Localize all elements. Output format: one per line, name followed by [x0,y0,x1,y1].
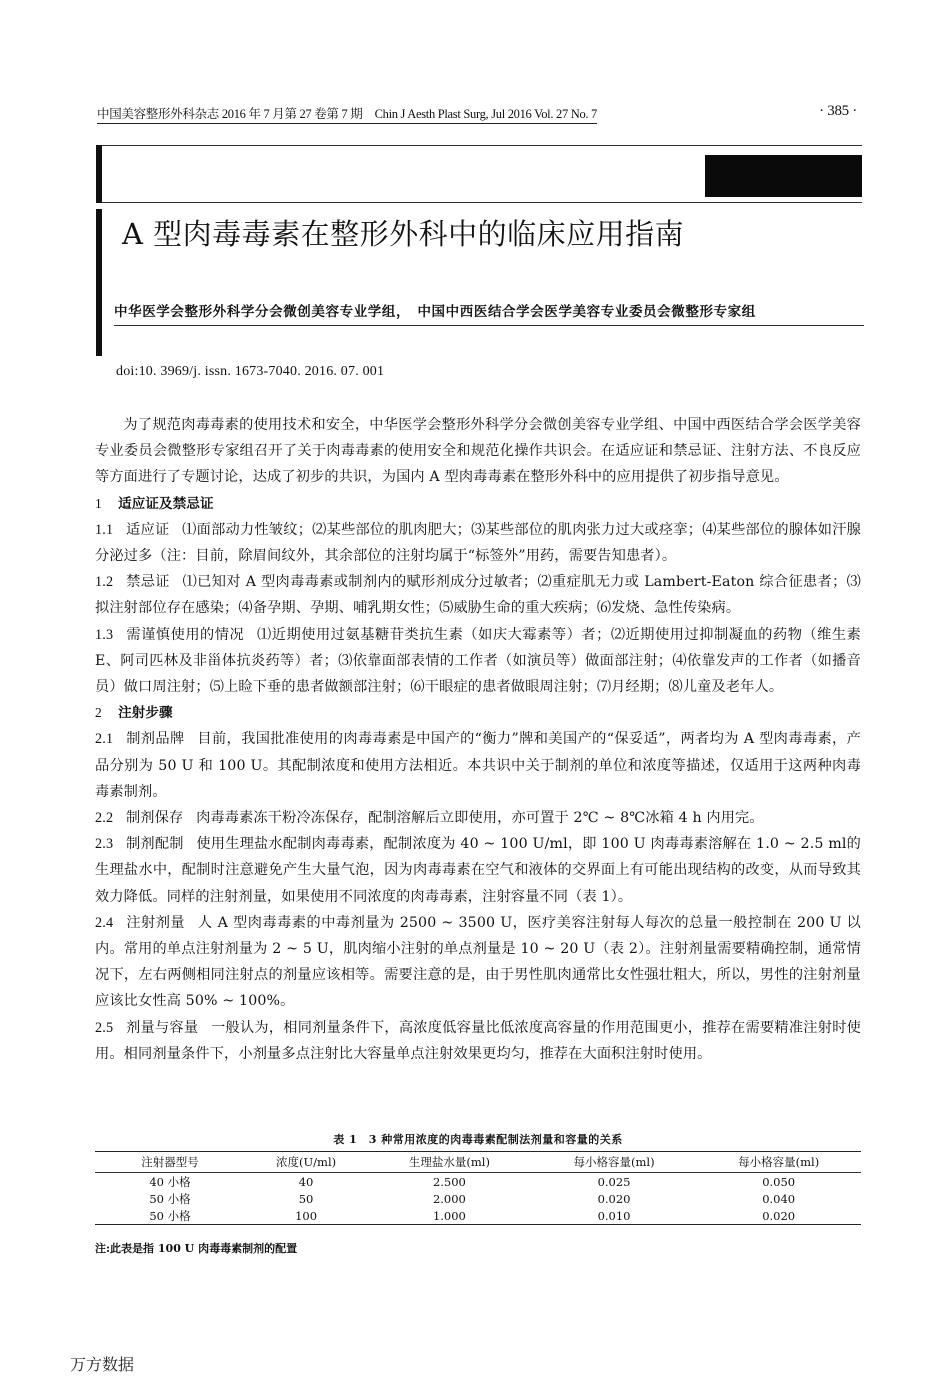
subsection-number: 2.3 [95,836,113,852]
article-body: 为了规范肉毒毒素的使用技术和安全，中华医学会整形外科学分会微创美容专业学组、中国… [95,412,861,1067]
decorative-bar-top [96,145,102,203]
table-cell: 40 [245,1173,367,1191]
column-header: 浓度(U/ml) [245,1152,367,1173]
table-cell: 50 [245,1190,367,1207]
table-cell: 100 [245,1207,367,1225]
table-caption: 表 1 3 种常用浓度的肉毒毒素配制法剂量和容量的关系 [95,1131,861,1147]
subsection-1-2: 1.2禁忌证⑴已知对 A 型肉毒毒素或制剂内的赋形剂成分过敏者；⑵重症肌无力或 … [95,569,861,621]
subsection-number: 1.1 [95,522,113,538]
subsection-number: 2.4 [95,915,113,931]
table-cell: 50 小格 [95,1207,245,1225]
table-cell: 2.500 [367,1173,532,1191]
table-cell: 50 小格 [95,1190,245,1207]
subsection-number: 1.3 [95,627,113,643]
table-cell: 0.010 [532,1207,697,1225]
table-row: 50 小格 100 1.000 0.010 0.020 [95,1207,861,1225]
redacted-black-box [705,155,862,197]
title-rule [96,202,862,203]
subsection-number: 2.5 [95,1020,113,1036]
table-cell: 2.000 [367,1190,532,1207]
table-note: 注:此表是指 100 U 肉毒毒素制剂的配置 [95,1240,297,1256]
subsection-2-5: 2.5剂量与容量一般认为，相同剂量条件下，高浓度低容量比低浓度高容量的作用范围更… [95,1015,861,1067]
subsection-2-3: 2.3制剂配制使用生理盐水配制肉毒毒素，配制浓度为 40 ~ 100 U/ml，… [95,831,861,910]
subsection-text: 人 A 型肉毒毒素的中毒剂量为 2500 ~ 3500 U，医疗美容注射每人每次… [95,915,861,1010]
subsection-number: 2.2 [95,810,113,826]
table-row: 50 小格 50 2.000 0.020 0.040 [95,1190,861,1207]
decorative-bar-side [96,209,102,356]
section-title: 注射步骤 [118,705,173,721]
subsection-2-4: 2.4注射剂量人 A 型肉毒毒素的中毒剂量为 2500 ~ 3500 U，医疗美… [95,910,861,1015]
section-number: 2 [95,705,102,720]
running-header: 中国美容整形外科杂志 2016 年 7 月第 27 卷第 7 期 Chin J … [97,104,857,126]
top-rule [96,145,862,146]
section-number: 1 [95,496,102,511]
column-header: 注射器型号 [95,1152,245,1173]
subsection-text: 目前，我国批准使用的肉毒毒素是中国产的“衡力”牌和美国产的“保妥适”，两者均为 … [95,731,861,799]
subsection-text: 肉毒毒素冻干粉冷冻保存，配制溶解后立即使用，亦可置于 2℃ ~ 8℃冰箱 4 h… [196,810,764,826]
table-cell: 40 小格 [95,1173,245,1191]
subsection-title: 适应证 [126,522,169,538]
subsection-title: 剂量与容量 [126,1020,198,1036]
subsection-text: 使用生理盐水配制肉毒毒素，配制浓度为 40 ~ 100 U/ml，即 100 U… [95,836,861,904]
section-heading-1: 1适应证及禁忌证 [95,491,861,517]
subsection-number: 2.1 [95,731,113,747]
column-header: 每小格容量(ml) [696,1152,861,1173]
table-cell: 1.000 [367,1207,532,1225]
subsection-title: 注射剂量 [126,915,185,931]
subsection-2-2: 2.2制剂保存肉毒毒素冻干粉冷冻保存，配制溶解后立即使用，亦可置于 2℃ ~ 8… [95,805,861,831]
wanfang-watermark: 万方数据 [70,1352,134,1375]
subsection-title: 制剂品牌 [126,731,185,747]
subsection-1-3: 1.3需谨慎使用的情况⑴近期使用过氨基糖苷类抗生素（如庆大霉素等）者；⑵近期使用… [95,622,861,701]
article-authors: 中华医学会整形外科学分会微创美容专业学组， 中国中西医结合学会医学美容专业委员会… [114,300,864,326]
column-header: 每小格容量(ml) [532,1152,697,1173]
journal-citation: 中国美容整形外科杂志 2016 年 7 月第 27 卷第 7 期 Chin J … [97,104,597,124]
subsection-text: ⑴已知对 A 型肉毒毒素或制剂内的赋形剂成分过敏者；⑵重症肌无力或 Lamber… [95,574,861,616]
subsection-title: 制剂配制 [126,836,184,852]
page-number: · 385 · [819,103,857,120]
section-title: 适应证及禁忌证 [118,496,214,512]
intro-paragraph: 为了规范肉毒毒素的使用技术和安全，中华医学会整形外科学分会微创美容专业学组、中国… [95,412,861,491]
doi: doi:10. 3969/j. issn. 1673-7040. 2016. 0… [116,364,384,380]
subsection-1-1: 1.1适应证⑴面部动力性皱纹；⑵某些部位的肌肉肥大；⑶某些部位的肌肉张力过大或痉… [95,517,861,569]
table-cell: 0.020 [532,1190,697,1207]
table-cell: 0.020 [696,1207,861,1225]
table-cell: 0.025 [532,1173,697,1191]
table-row: 40 小格 40 2.500 0.025 0.050 [95,1173,861,1191]
table-1: 注射器型号 浓度(U/ml) 生理盐水量(ml) 每小格容量(ml) 每小格容量… [95,1151,861,1225]
subsection-text: ⑴面部动力性皱纹；⑵某些部位的肌肉肥大；⑶某些部位的肌肉张力过大或痉挛；⑷某些部… [95,522,861,564]
subsection-text: 一般认为，相同剂量条件下，高浓度低容量比低浓度高容量的作用范围更小，推荐在需要精… [95,1020,861,1062]
column-header: 生理盐水量(ml) [367,1152,532,1173]
table-header-row: 注射器型号 浓度(U/ml) 生理盐水量(ml) 每小格容量(ml) 每小格容量… [95,1152,861,1173]
subsection-title: 禁忌证 [126,574,170,590]
subsection-title: 制剂保存 [126,810,183,826]
subsection-title: 需谨慎使用的情况 [126,627,244,643]
table-cell: 0.040 [696,1190,861,1207]
subsection-number: 1.2 [95,574,113,590]
table-cell: 0.050 [696,1173,861,1191]
article-title: A 型肉毒毒素在整形外科中的临床应用指南 [122,212,684,253]
subsection-2-1: 2.1制剂品牌目前，我国批准使用的肉毒毒素是中国产的“衡力”牌和美国产的“保妥适… [95,726,861,805]
section-heading-2: 2注射步骤 [95,700,861,726]
